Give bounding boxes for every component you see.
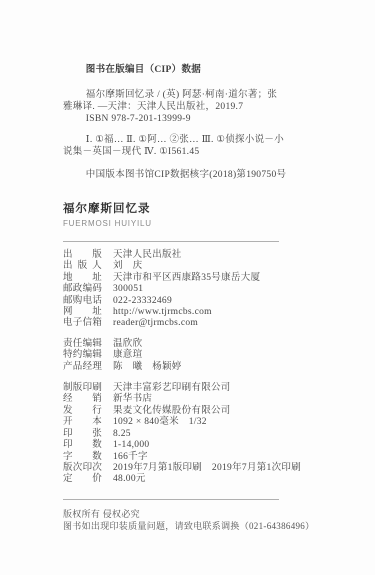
cip-record-line-1: 福尔摩斯回忆录 / (英) 阿瑟·柯南·道尔著；张 [63,89,345,101]
info-row-value: 166千字 [113,452,148,462]
info-row-label: 发行 [63,406,102,417]
info-row-value: 天津丰富彩艺印刷有限公司 [113,383,231,393]
info-row-value: 天津人民出版社 [113,250,182,260]
info-row-label: 版次印次 [63,463,102,474]
info-row-value: 300051 [113,284,143,294]
info-row-label: 出版人 [63,261,102,272]
copyright-page: 图书在版编目（CIP）数据 福尔摩斯回忆录 / (英) 阿瑟·柯南·道尔著；张 … [0,0,375,575]
info-row-label: 邮政编码 [63,284,102,295]
cip-record-number: 中国版本图书馆CIP数据核字(2018)第190750号 [63,169,345,181]
info-row-value: 新华书店 [113,394,152,404]
info-row: 定价48.00元 [63,474,345,485]
info-row: 字数166千字 [63,452,345,463]
cip-classification-line-1: Ⅰ. ①福… Ⅱ. ①阿… ②张… Ⅲ. ①侦探小说－小 [63,134,345,146]
cip-header: 图书在版编目（CIP）数据 [63,64,345,76]
editors-info: 责任编辑温欣欣 特约编辑康意瑄 产品经理陈 曦 杨颖婷 [63,339,345,373]
copyright-notice-line-1: 版权所有 侵权必究 [63,508,345,520]
book-title: 福尔摩斯回忆录 [63,202,345,216]
info-row: 开本1092 × 840毫米 1/32 [63,417,345,428]
info-row-value: http://www.tjrmcbs.com [113,307,212,317]
info-row-value: 果麦文化传媒股份有限公司 [113,406,231,416]
info-row: 地址天津市和平区西康路35号康岳大厦 [63,273,345,284]
info-row: 邮政编码300051 [63,284,345,295]
info-row: 印数1-14,000 [63,440,345,451]
info-row-label: 经销 [63,394,102,405]
cip-record-number-block: 中国版本图书馆CIP数据核字(2018)第190750号 [63,169,345,181]
info-row-label: 出版 [63,250,102,261]
title-block: 福尔摩斯回忆录 FUERMOSI HUIYILU [63,202,345,228]
info-row-label: 印数 [63,440,102,451]
info-row-value: 022-23332469 [113,296,172,306]
info-row-label: 特约编辑 [63,350,102,361]
info-row-value: reader@tjrmcbs.com [113,318,198,328]
cip-isbn: ISBN 978-7-201-13999-9 [63,113,345,125]
info-row: 邮购电话022-23332469 [63,296,345,307]
info-row-label: 产品经理 [63,362,102,373]
info-row-value: 刘 庆 [113,261,142,271]
info-row-label: 电子信箱 [63,318,102,329]
info-row-value: 陈 曦 杨颖婷 [113,362,182,372]
info-row: 经销新华书店 [63,394,345,405]
info-row-label: 责任编辑 [63,339,102,350]
divider-bottom [63,499,279,500]
info-row: 印张8.25 [63,429,345,440]
info-row: 制版印刷天津丰富彩艺印刷有限公司 [63,383,345,394]
cip-classification-line-2: 说集－英国－现代 Ⅳ. ①I561.45 [63,146,345,158]
info-row-label: 字数 [63,452,102,463]
info-row-value: 温欣欣 [113,339,142,349]
info-row: 电子信箱reader@tjrmcbs.com [63,318,345,329]
info-row-value: 天津市和平区西康路35号康岳大厦 [113,273,260,283]
copyright-notice: 版权所有 侵权必究 图书如出现印装质量问题，请致电联系调换（021-643864… [63,508,345,532]
book-title-pinyin: FUERMOSI HUIYILU [63,219,345,228]
cip-classification: Ⅰ. ①福… Ⅱ. ①阿… ②张… Ⅲ. ①侦探小说－小 说集－英国－现代 Ⅳ.… [63,134,345,158]
info-row-label: 制版印刷 [63,383,102,394]
info-row: 出版天津人民出版社 [63,250,345,261]
info-row-label: 网址 [63,307,102,318]
production-info: 制版印刷天津丰富彩艺印刷有限公司 经销新华书店 发行果麦文化传媒股份有限公司 开… [63,383,345,486]
info-row-value: 康意瑄 [113,350,142,360]
info-row-label: 印张 [63,429,102,440]
cip-record: 福尔摩斯回忆录 / (英) 阿瑟·柯南·道尔著；张 雅琳译. —天津：天津人民出… [63,89,345,125]
info-row: 责任编辑温欣欣 [63,339,345,350]
copyright-notice-line-2: 图书如出现印装质量问题，请致电联系调换（021-64386496） [63,520,345,532]
cip-record-line-2: 雅琳译. —天津：天津人民出版社，2019.7 [63,101,345,113]
info-row-value: 48.00元 [113,474,146,484]
publication-info: 出版天津人民出版社 出版人刘 庆 地址天津市和平区西康路35号康岳大厦 邮政编码… [63,250,345,330]
info-row: 特约编辑康意瑄 [63,350,345,361]
info-row-value: 8.25 [113,429,131,439]
info-row-label: 定价 [63,474,102,485]
info-row-value: 1-14,000 [113,440,149,450]
info-row-label: 地址 [63,273,102,284]
info-row: 版次印次2019年7月第1版印刷 2019年7月第1次印刷 [63,463,345,474]
info-row-value: 1092 × 840毫米 1/32 [113,417,207,427]
info-row-value: 2019年7月第1版印刷 2019年7月第1次印刷 [113,463,301,473]
info-row: 网址http://www.tjrmcbs.com [63,307,345,318]
info-row: 产品经理陈 曦 杨颖婷 [63,362,345,373]
info-row-label: 邮购电话 [63,296,102,307]
info-row: 发行果麦文化传媒股份有限公司 [63,406,345,417]
info-row: 出版人刘 庆 [63,261,345,272]
info-row-label: 开本 [63,417,102,428]
divider-top [63,241,279,242]
